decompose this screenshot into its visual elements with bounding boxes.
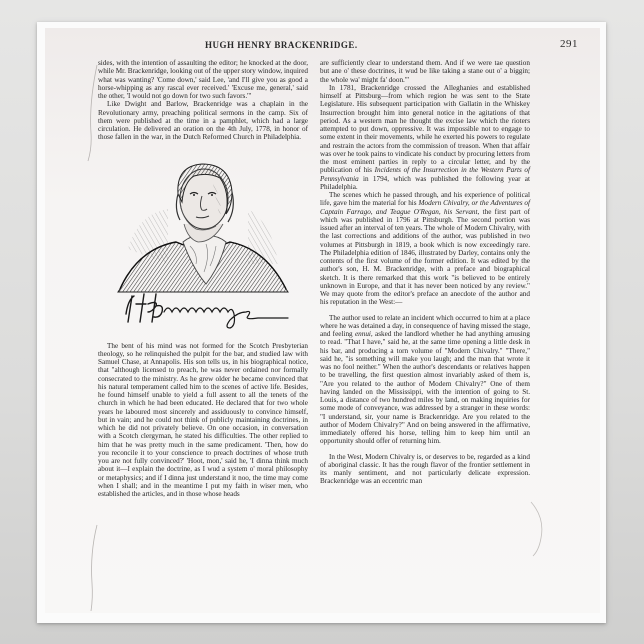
italic-word: ennui, [355, 330, 373, 338]
running-head-title: HUGH HENRY BRACKENRIDGE. [205, 40, 358, 50]
paragraph: are sufficiently clear to understand the… [320, 59, 530, 84]
paragraph: The scenes which he passed through, and … [320, 191, 530, 307]
left-column: sides, with the intention of assaulting … [98, 59, 308, 498]
page-number: 291 [560, 38, 578, 50]
paragraph-text: the first part of which was published in… [320, 208, 530, 307]
paragraph: In 1781, Brackenridge crossed the Allegh… [320, 84, 530, 191]
pencil-margin-mark-icon [85, 63, 99, 163]
portrait-engraving [98, 154, 308, 332]
paragraph: The author used to relate an incident wh… [320, 314, 530, 446]
poster-print: HUGH HENRY BRACKENRIDGE. 291 sides, with… [37, 22, 606, 623]
paragraph: Like Dwight and Barlow, Brackenridge was… [98, 100, 308, 141]
portrait-icon [98, 154, 308, 332]
paragraph-text: In 1781, Brackenridge crossed the Allegh… [320, 84, 530, 175]
paragraph-text: asked the landlord whether he had anythi… [320, 330, 530, 445]
pencil-margin-mark-icon [529, 498, 549, 558]
paragraph: In the West, Modern Chivalry is, or dese… [320, 453, 530, 486]
right-column: are sufficiently clear to understand the… [320, 59, 530, 486]
paragraph: sides, with the intention of assaulting … [98, 59, 308, 100]
book-page: HUGH HENRY BRACKENRIDGE. 291 sides, with… [45, 28, 600, 613]
running-head: HUGH HENRY BRACKENRIDGE. 291 [45, 40, 600, 52]
pencil-margin-mark-icon [87, 523, 99, 613]
paragraph: The bent of his mind was not formed for … [98, 342, 308, 499]
